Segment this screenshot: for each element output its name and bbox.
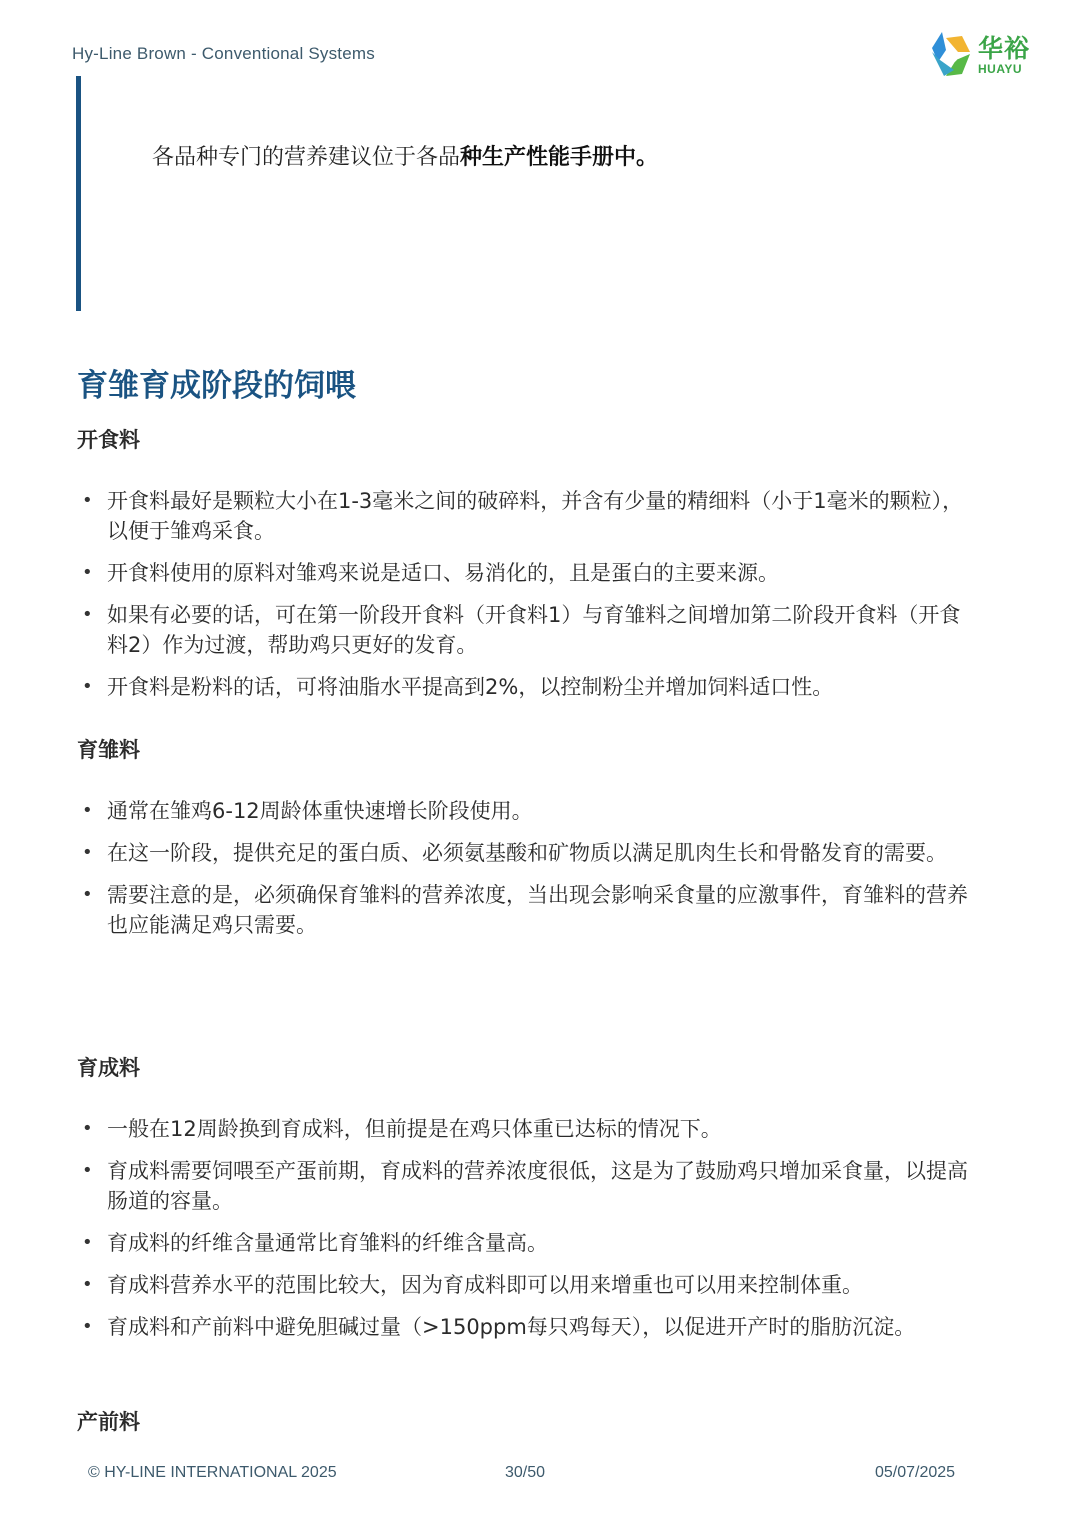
bullet-list-grower: 一般在12周龄换到育成料，但前提是在鸡只体重已达标的情况下。 育成料需要饲喂至产… (80, 1114, 980, 1354)
document-header-title: Hy-Line Brown - Conventional Systems (72, 44, 375, 64)
footer-page-number: 30/50 (505, 1464, 545, 1482)
footer-date: 05/07/2025 (875, 1464, 955, 1482)
list-item: 如果有必要的话，可在第一阶段开食料（开食料1）与育雏料之间增加第二阶段开食料（开… (80, 600, 980, 660)
logo-chinese-text: 华裕 (978, 36, 1030, 61)
callout-text-bold: 种生产性能手册中。 (460, 145, 658, 170)
subsection-heading-brooder: 育雏料 (77, 734, 140, 764)
list-item: 开食料是粉料的话，可将油脂水平提高到2%，以控制粉尘并增加饲料适口性。 (80, 672, 980, 702)
list-item: 在这一阶段，提供充足的蛋白质、必须氨基酸和矿物质以满足肌肉生长和骨骼发育的需要。 (80, 838, 980, 868)
list-item: 育成料需要饲喂至产蛋前期，育成料的营养浓度很低，这是为了鼓励鸡只增加采食量，以提… (80, 1156, 980, 1216)
footer-copyright: © HY-LINE INTERNATIONAL 2025 (88, 1464, 337, 1482)
callout-text: 各品种专门的营养建议位于各品种生产性能手册中。 (152, 140, 658, 171)
list-item: 育成料营养水平的范围比较大，因为育成料即可以用来增重也可以用来控制体重。 (80, 1270, 980, 1300)
callout-accent-bar (76, 76, 81, 311)
subsection-heading-grower: 育成料 (77, 1052, 140, 1082)
logo-english-text: HUAYU (978, 63, 1030, 75)
list-item: 需要注意的是，必须确保育雏料的营养浓度，当出现会影响采食量的应激事件，育雏料的营… (80, 880, 980, 940)
bullet-list-starter: 开食料最好是颗粒大小在1-3毫米之间的破碎料，并含有少量的精细料（小于1毫米的颗… (80, 486, 980, 714)
huayu-logo: 华裕 HUAYU (928, 28, 1043, 82)
section-title: 育雏育成阶段的饲喂 (77, 360, 356, 405)
list-item: 育成料和产前料中避免胆碱过量（>150ppm每只鸡每天），以促进开产时的脂肪沉淀… (80, 1312, 980, 1342)
list-item: 一般在12周龄换到育成料，但前提是在鸡只体重已达标的情况下。 (80, 1114, 980, 1144)
subsection-heading-starter: 开食料 (77, 424, 140, 454)
subsection-heading-prelay: 产前料 (77, 1406, 140, 1436)
callout-text-normal: 各品种专门的营养建议位于各品 (152, 145, 460, 170)
huayu-logo-icon (928, 30, 972, 80)
list-item: 通常在雏鸡6-12周龄体重快速增长阶段使用。 (80, 796, 980, 826)
bullet-list-brooder: 通常在雏鸡6-12周龄体重快速增长阶段使用。 在这一阶段，提供充足的蛋白质、必须… (80, 796, 980, 952)
list-item: 开食料最好是颗粒大小在1-3毫米之间的破碎料，并含有少量的精细料（小于1毫米的颗… (80, 486, 980, 546)
list-item: 开食料使用的原料对雏鸡来说是适口、易消化的，且是蛋白的主要来源。 (80, 558, 980, 588)
list-item: 育成料的纤维含量通常比育雏料的纤维含量高。 (80, 1228, 980, 1258)
